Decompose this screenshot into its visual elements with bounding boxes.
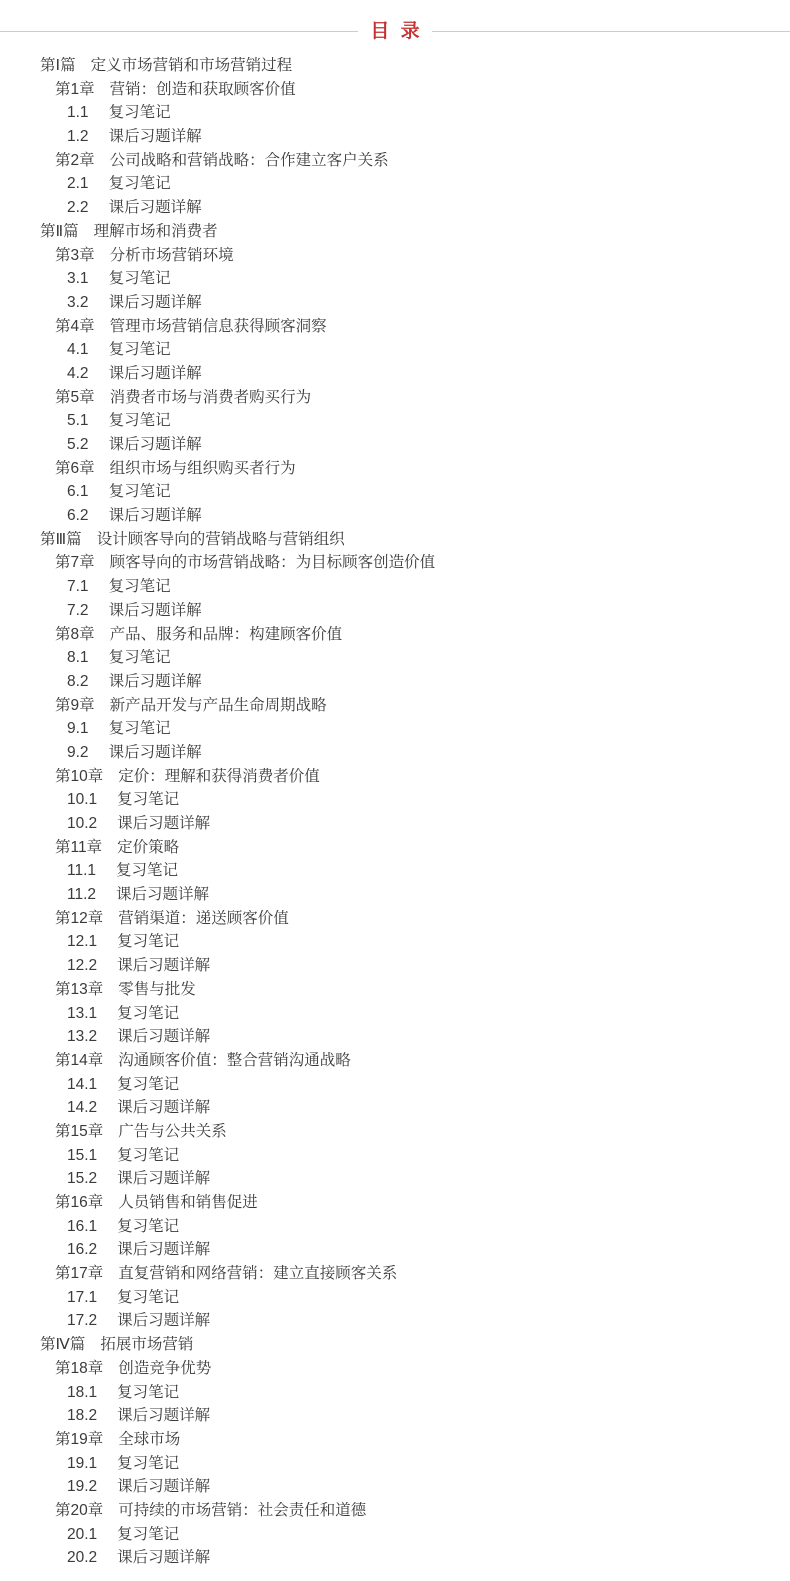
section-title: 复习笔记 [109, 412, 171, 429]
part-title: 拓展市场营销 [100, 1336, 193, 1353]
toc-chapter-row[interactable]: 第17章直复营销和网络营销：建立直接顾客关系 [0, 1262, 790, 1286]
section-title: 课后习题详解 [117, 1170, 210, 1187]
header-rule-left [0, 31, 358, 32]
chapter-label: 第14章 [55, 1052, 103, 1069]
section-title: 课后习题详解 [109, 744, 202, 761]
section-title: 复习笔记 [109, 649, 171, 666]
section-label: 5.1 [67, 412, 89, 429]
header-rule-right [432, 31, 790, 32]
section-title: 复习笔记 [117, 1289, 179, 1306]
toc-section-row[interactable]: 16.1复习笔记 [0, 1215, 790, 1239]
chapter-label: 第6章 [55, 460, 95, 477]
chapter-label: 第13章 [55, 981, 103, 998]
chapter-title: 零售与批发 [118, 981, 196, 998]
section-title: 课后习题详解 [117, 1407, 210, 1424]
section-title: 课后习题详解 [109, 507, 202, 524]
section-label: 11.1 [67, 862, 96, 879]
part-label: 第Ⅰ篇 [40, 57, 76, 74]
section-label: 19.1 [67, 1455, 97, 1472]
toc-list: 第Ⅰ篇定义市场营销和市场营销过程第1章营销：创造和获取顾客价值1.1复习笔记1.… [0, 54, 790, 1570]
section-label: 10.2 [67, 815, 97, 832]
toc-section-row[interactable]: 13.2课后习题详解 [0, 1025, 790, 1049]
toc-section-row[interactable]: 5.1复习笔记 [0, 409, 790, 433]
section-title: 课后习题详解 [109, 128, 202, 145]
toc-chapter-row[interactable]: 第6章组织市场与组织购买者行为 [0, 457, 790, 481]
chapter-title: 公司战略和营销战略：合作建立客户关系 [110, 152, 389, 169]
section-label: 17.1 [67, 1289, 97, 1306]
section-label: 19.2 [67, 1478, 97, 1495]
section-label: 8.2 [67, 673, 89, 690]
section-label: 3.1 [67, 270, 89, 287]
section-title: 复习笔记 [109, 578, 171, 595]
section-label: 6.2 [67, 507, 89, 524]
section-title: 复习笔记 [116, 862, 178, 879]
toc-section-row[interactable]: 19.1复习笔记 [0, 1452, 790, 1476]
section-title: 课后习题详解 [117, 1549, 210, 1566]
toc-section-row[interactable]: 12.2课后习题详解 [0, 954, 790, 978]
toc-section-row[interactable]: 6.1复习笔记 [0, 480, 790, 504]
section-label: 1.1 [67, 104, 89, 121]
toc-section-row[interactable]: 9.1复习笔记 [0, 717, 790, 741]
section-title: 复习笔记 [117, 1147, 179, 1164]
toc-section-row[interactable]: 10.2课后习题详解 [0, 812, 790, 836]
toc-header: 目 录 [0, 21, 790, 41]
chapter-title: 全球市场 [118, 1431, 180, 1448]
section-title: 课后习题详解 [117, 1312, 210, 1329]
toc-section-row[interactable]: 2.1复习笔记 [0, 172, 790, 196]
toc-chapter-row[interactable]: 第18章创造竞争优势 [0, 1357, 790, 1381]
section-label: 8.1 [67, 649, 89, 666]
toc-chapter-row[interactable]: 第11章定价策略 [0, 836, 790, 860]
section-title: 课后习题详解 [117, 1028, 210, 1045]
toc-section-row[interactable]: 15.1复习笔记 [0, 1144, 790, 1168]
chapter-label: 第11章 [55, 839, 102, 856]
toc-section-row[interactable]: 7.2课后习题详解 [0, 599, 790, 623]
chapter-label: 第2章 [55, 152, 95, 169]
toc-section-row[interactable]: 14.2课后习题详解 [0, 1096, 790, 1120]
section-label: 4.1 [67, 341, 89, 358]
toc-part-row[interactable]: 第Ⅳ篇拓展市场营销 [0, 1333, 790, 1357]
chapter-title: 定价：理解和获得消费者价值 [118, 768, 320, 785]
section-title: 课后习题详解 [109, 436, 202, 453]
toc-section-row[interactable]: 20.2课后习题详解 [0, 1546, 790, 1570]
toc-section-row[interactable]: 14.1复习笔记 [0, 1073, 790, 1097]
toc-section-row[interactable]: 7.1复习笔记 [0, 575, 790, 599]
toc-section-row[interactable]: 20.1复习笔记 [0, 1523, 790, 1547]
chapter-title: 沟通顾客价值：整合营销沟通战略 [118, 1052, 351, 1069]
chapter-label: 第19章 [55, 1431, 103, 1448]
chapter-title: 分析市场营销环境 [110, 247, 234, 264]
toc-section-row[interactable]: 1.1复习笔记 [0, 101, 790, 125]
section-label: 17.2 [67, 1312, 97, 1329]
toc-section-row[interactable]: 10.1复习笔记 [0, 788, 790, 812]
chapter-label: 第9章 [55, 697, 95, 714]
toc-page-title: 目 录 [358, 22, 431, 41]
section-title: 课后习题详解 [117, 815, 210, 832]
part-title: 定义市场营销和市场营销过程 [91, 57, 293, 74]
toc-chapter-row[interactable]: 第13章零售与批发 [0, 978, 790, 1002]
chapter-label: 第3章 [55, 247, 95, 264]
toc-section-row[interactable]: 18.1复习笔记 [0, 1381, 790, 1405]
section-title: 复习笔记 [109, 720, 171, 737]
part-label: 第Ⅳ篇 [40, 1336, 85, 1353]
chapter-label: 第10章 [55, 768, 103, 785]
section-label: 20.2 [67, 1549, 97, 1566]
section-label: 15.2 [67, 1170, 97, 1187]
section-title: 复习笔记 [109, 483, 171, 500]
part-title: 理解市场和消费者 [94, 223, 218, 240]
toc-section-row[interactable]: 3.1复习笔记 [0, 267, 790, 291]
chapter-label: 第5章 [55, 389, 95, 406]
toc-chapter-row[interactable]: 第2章公司战略和营销战略：合作建立客户关系 [0, 149, 790, 173]
section-label: 6.1 [67, 483, 89, 500]
section-title: 复习笔记 [109, 175, 171, 192]
toc-section-row[interactable]: 16.2课后习题详解 [0, 1238, 790, 1262]
toc-part-row[interactable]: 第Ⅱ篇理解市场和消费者 [0, 220, 790, 244]
section-label: 13.1 [67, 1005, 97, 1022]
toc-chapter-row[interactable]: 第10章定价：理解和获得消费者价值 [0, 765, 790, 789]
chapter-label: 第7章 [55, 554, 95, 571]
toc-section-row[interactable]: 4.2课后习题详解 [0, 362, 790, 386]
toc-section-row[interactable]: 18.2课后习题详解 [0, 1404, 790, 1428]
section-label: 12.1 [67, 933, 97, 950]
toc-section-row[interactable]: 19.2课后习题详解 [0, 1475, 790, 1499]
chapter-label: 第15章 [55, 1123, 103, 1140]
section-title: 课后习题详解 [109, 602, 202, 619]
toc-part-row[interactable]: 第Ⅲ篇设计顾客导向的营销战略与营销组织 [0, 528, 790, 552]
chapter-title: 顾客导向的市场营销战略：为目标顾客创造价值 [110, 554, 436, 571]
section-title: 课后习题详解 [109, 673, 202, 690]
toc-chapter-row[interactable]: 第12章营销渠道：递送顾客价值 [0, 907, 790, 931]
section-title: 课后习题详解 [116, 886, 209, 903]
toc-section-row[interactable]: 13.1复习笔记 [0, 1002, 790, 1026]
section-label: 2.2 [67, 199, 89, 216]
section-title: 课后习题详解 [117, 1241, 210, 1258]
section-title: 课后习题详解 [109, 294, 202, 311]
section-label: 16.1 [67, 1218, 97, 1235]
toc-section-row[interactable]: 1.2课后习题详解 [0, 125, 790, 149]
section-label: 4.2 [67, 365, 89, 382]
section-title: 复习笔记 [117, 1384, 179, 1401]
toc-section-row[interactable]: 2.2课后习题详解 [0, 196, 790, 220]
toc-section-row[interactable]: 4.1复习笔记 [0, 338, 790, 362]
toc-chapter-row[interactable]: 第19章全球市场 [0, 1428, 790, 1452]
section-title: 复习笔记 [109, 270, 171, 287]
part-label: 第Ⅲ篇 [40, 531, 82, 548]
toc-section-row[interactable]: 8.1复习笔记 [0, 646, 790, 670]
section-title: 复习笔记 [117, 1005, 179, 1022]
section-title: 复习笔记 [117, 1526, 179, 1543]
part-label: 第Ⅱ篇 [40, 223, 79, 240]
toc-section-row[interactable]: 3.2课后习题详解 [0, 291, 790, 315]
section-title: 复习笔记 [117, 791, 179, 808]
toc-section-row[interactable]: 5.2课后习题详解 [0, 433, 790, 457]
toc-chapter-row[interactable]: 第5章消费者市场与消费者购买行为 [0, 386, 790, 410]
toc-chapter-row[interactable]: 第9章新产品开发与产品生命周期战略 [0, 694, 790, 718]
section-title: 复习笔记 [109, 104, 171, 121]
chapter-label: 第16章 [55, 1194, 103, 1211]
toc-section-row[interactable]: 17.2课后习题详解 [0, 1309, 790, 1333]
section-label: 14.1 [67, 1076, 97, 1093]
section-label: 20.1 [67, 1526, 97, 1543]
section-title: 课后习题详解 [109, 365, 202, 382]
toc-section-row[interactable]: 11.1复习笔记 [0, 859, 790, 883]
section-label: 3.2 [67, 294, 89, 311]
toc-page: 目 录 第Ⅰ篇定义市场营销和市场营销过程第1章营销：创造和获取顾客价值1.1复习… [0, 21, 790, 1570]
section-title: 复习笔记 [109, 341, 171, 358]
chapter-title: 创造竞争优势 [118, 1360, 211, 1377]
toc-section-row[interactable]: 8.2课后习题详解 [0, 670, 790, 694]
chapter-title: 营销：创造和获取顾客价值 [110, 81, 296, 98]
section-label: 9.1 [67, 720, 89, 737]
section-label: 12.2 [67, 957, 97, 974]
section-label: 5.2 [67, 436, 89, 453]
toc-chapter-row[interactable]: 第3章分析市场营销环境 [0, 244, 790, 268]
toc-section-row[interactable]: 12.1复习笔记 [0, 930, 790, 954]
toc-chapter-row[interactable]: 第7章顾客导向的市场营销战略：为目标顾客创造价值 [0, 551, 790, 575]
section-title: 课后习题详解 [109, 199, 202, 216]
chapter-label: 第8章 [55, 626, 95, 643]
chapter-title: 广告与公共关系 [118, 1123, 227, 1140]
chapter-title: 可持续的市场营销：社会责任和道德 [118, 1502, 366, 1519]
section-title: 复习笔记 [117, 1455, 179, 1472]
section-title: 复习笔记 [117, 1218, 179, 1235]
toc-section-row[interactable]: 17.1复习笔记 [0, 1286, 790, 1310]
chapter-title: 人员销售和销售促进 [118, 1194, 258, 1211]
chapter-label: 第17章 [55, 1265, 103, 1282]
toc-section-row[interactable]: 9.2课后习题详解 [0, 741, 790, 765]
toc-chapter-row[interactable]: 第14章沟通顾客价值：整合营销沟通战略 [0, 1049, 790, 1073]
chapter-title: 管理市场营销信息获得顾客洞察 [110, 318, 327, 335]
part-title: 设计顾客导向的营销战略与营销组织 [97, 531, 345, 548]
toc-section-row[interactable]: 6.2课后习题详解 [0, 504, 790, 528]
section-title: 课后习题详解 [117, 1478, 210, 1495]
toc-chapter-row[interactable]: 第16章人员销售和销售促进 [0, 1191, 790, 1215]
section-title: 课后习题详解 [117, 957, 210, 974]
chapter-title: 定价策略 [117, 839, 179, 856]
chapter-label: 第4章 [55, 318, 95, 335]
section-label: 16.2 [67, 1241, 97, 1258]
toc-chapter-row[interactable]: 第15章广告与公共关系 [0, 1120, 790, 1144]
section-label: 10.1 [67, 791, 97, 808]
chapter-title: 新产品开发与产品生命周期战略 [110, 697, 327, 714]
section-label: 13.2 [67, 1028, 97, 1045]
section-label: 18.1 [67, 1384, 97, 1401]
toc-chapter-row[interactable]: 第1章营销：创造和获取顾客价值 [0, 78, 790, 102]
toc-section-row[interactable]: 11.2课后习题详解 [0, 883, 790, 907]
chapter-title: 产品、服务和品牌：构建顾客价值 [110, 626, 343, 643]
toc-chapter-row[interactable]: 第4章管理市场营销信息获得顾客洞察 [0, 315, 790, 339]
toc-section-row[interactable]: 15.2课后习题详解 [0, 1167, 790, 1191]
section-label: 9.2 [67, 744, 89, 761]
section-title: 课后习题详解 [117, 1099, 210, 1116]
section-label: 14.2 [67, 1099, 97, 1116]
section-label: 18.2 [67, 1407, 97, 1424]
section-title: 复习笔记 [117, 1076, 179, 1093]
section-label: 15.1 [67, 1147, 97, 1164]
section-label: 1.2 [67, 128, 89, 145]
toc-chapter-row[interactable]: 第20章可持续的市场营销：社会责任和道德 [0, 1499, 790, 1523]
chapter-title: 营销渠道：递送顾客价值 [118, 910, 289, 927]
chapter-title: 直复营销和网络营销：建立直接顾客关系 [118, 1265, 397, 1282]
chapter-title: 组织市场与组织购买者行为 [110, 460, 296, 477]
section-label: 2.1 [67, 175, 89, 192]
toc-chapter-row[interactable]: 第8章产品、服务和品牌：构建顾客价值 [0, 623, 790, 647]
section-label: 7.2 [67, 602, 89, 619]
section-label: 11.2 [67, 886, 96, 903]
chapter-title: 消费者市场与消费者购买行为 [110, 389, 312, 406]
toc-part-row[interactable]: 第Ⅰ篇定义市场营销和市场营销过程 [0, 54, 790, 78]
chapter-label: 第1章 [55, 81, 95, 98]
section-title: 复习笔记 [117, 933, 179, 950]
section-label: 7.1 [67, 578, 89, 595]
chapter-label: 第20章 [55, 1502, 103, 1519]
chapter-label: 第18章 [55, 1360, 103, 1377]
chapter-label: 第12章 [55, 910, 103, 927]
